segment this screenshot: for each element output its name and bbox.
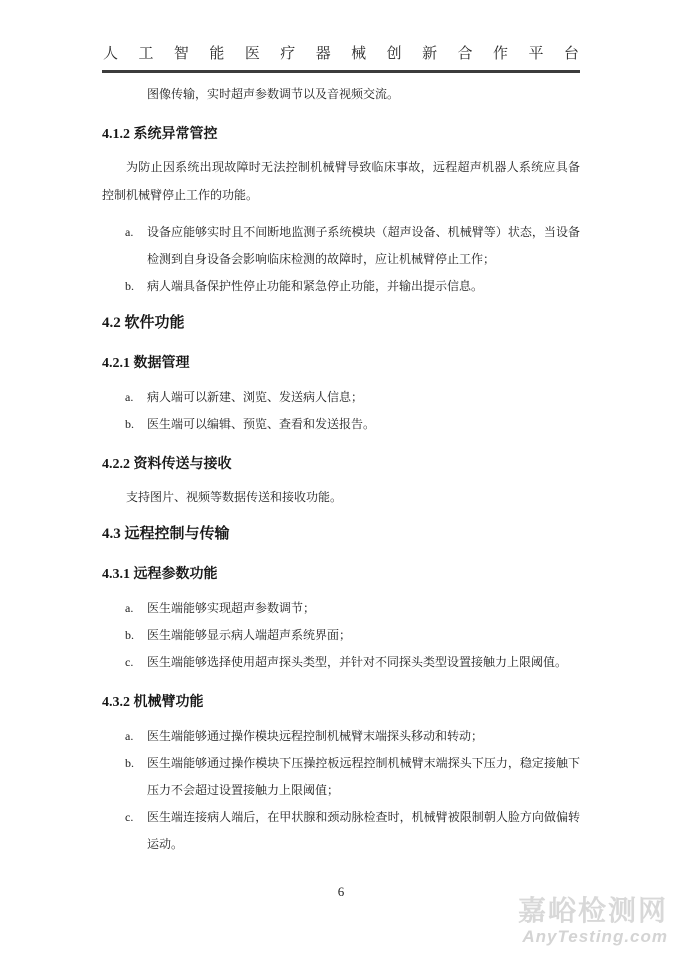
- subsection-heading: 4.3.1 远程参数功能: [102, 565, 580, 585]
- section-heading: 4.2 软件功能: [102, 313, 580, 333]
- list-item: c.医生端连接病人端后，在甲状腺和颈动脉检查时，机械臂被限制朝人脸方向做偏转运动…: [102, 804, 580, 858]
- header-char: 新: [422, 42, 437, 63]
- paragraph: 为防止因系统出现故障时无法控制机械臂导致临床事故，远程超声机器人系统应具备控制机…: [102, 153, 580, 209]
- list-item: b.医生端能够通过操作模块下压操控板远程控制机械臂末端探头下压力，稳定接触下压力…: [102, 750, 580, 804]
- list-item: b.医生端可以编辑、预览、查看和发送报告。: [102, 411, 580, 438]
- header-char: 医: [245, 42, 260, 63]
- header-char: 作: [493, 42, 508, 63]
- list-item-text: 医生端能够实现超声参数调节；: [147, 595, 580, 622]
- list-item: b.病人端具备保护性停止功能和紧急停止功能，并输出提示信息。: [102, 273, 580, 300]
- list-item-marker: a.: [125, 595, 147, 622]
- page-number: 6: [102, 884, 580, 900]
- list-item-text: 医生端能够通过操作模块下压操控板远程控制机械臂末端探头下压力，稳定接触下压力不会…: [147, 750, 580, 804]
- section-heading: 4.3 远程控制与传输: [102, 524, 580, 544]
- document-header-title: 人工智能医疗器械创新合作平台: [102, 42, 580, 73]
- header-char: 创: [387, 42, 402, 63]
- list-item-marker: b.: [125, 273, 147, 300]
- list-item-marker: b.: [125, 750, 147, 804]
- header-char: 器: [316, 42, 331, 63]
- header-char: 工: [138, 42, 153, 63]
- list-item-text: 医生端能够选择使用超声探头类型，并针对不同探头类型设置接触力上限阈值。: [147, 649, 580, 676]
- list-item: a.设备应能够实时且不间断地监测子系统模块（超声设备、机械臂等）状态，当设备检测…: [102, 219, 580, 273]
- header-char: 能: [209, 42, 224, 63]
- subsection-heading: 4.2.2 资料传送与接收: [102, 455, 580, 475]
- header-char: 疗: [280, 42, 295, 63]
- list-item: a.医生端能够实现超声参数调节；: [102, 595, 580, 622]
- header-char: 合: [458, 42, 473, 63]
- watermark-site-url: AnyTesting.com: [518, 928, 668, 945]
- document-content: 人工智能医疗器械创新合作平台 图像传输，实时超声参数调节以及音视频交流。4.1.…: [102, 42, 580, 858]
- header-char: 平: [528, 42, 543, 63]
- header-char: 智: [174, 42, 189, 63]
- subsection-heading: 4.2.1 数据管理: [102, 354, 580, 374]
- list-item-marker: c.: [125, 649, 147, 676]
- header-char: 械: [351, 42, 366, 63]
- list-item-marker: b.: [125, 411, 147, 438]
- list-item-text: 设备应能够实时且不间断地监测子系统模块（超声设备、机械臂等）状态，当设备检测到自…: [147, 219, 580, 273]
- watermark: 嘉峪检测网 AnyTesting.com: [518, 897, 668, 945]
- list-item: a.医生端能够通过操作模块远程控制机械臂末端探头移动和转动；: [102, 723, 580, 750]
- list-item-text: 病人端具备保护性停止功能和紧急停止功能，并输出提示信息。: [147, 273, 580, 300]
- list-item-text: 医生端连接病人端后，在甲状腺和颈动脉检查时，机械臂被限制朝人脸方向做偏转运动。: [147, 804, 580, 858]
- document-body: 图像传输，实时超声参数调节以及音视频交流。4.1.2 系统异常管控为防止因系统出…: [102, 81, 580, 858]
- list-item-marker: a.: [125, 384, 147, 411]
- list-item-marker: b.: [125, 622, 147, 649]
- subsection-heading: 4.1.2 系统异常管控: [102, 125, 580, 145]
- list-item: b.医生端能够显示病人端超声系统界面；: [102, 622, 580, 649]
- list-item-text: 病人端可以新建、浏览、发送病人信息；: [147, 384, 580, 411]
- list-item-text: 医生端能够通过操作模块远程控制机械臂末端探头移动和转动；: [147, 723, 580, 750]
- list-item-marker: a.: [125, 219, 147, 273]
- paragraph: 支持图片、视频等数据传送和接收功能。: [102, 483, 580, 511]
- list-item: a.病人端可以新建、浏览、发送病人信息；: [102, 384, 580, 411]
- list-item-text: 医生端能够显示病人端超声系统界面；: [147, 622, 580, 649]
- document-page: 人工智能医疗器械创新合作平台 图像传输，实时超声参数调节以及音视频交流。4.1.…: [0, 0, 680, 961]
- header-char: 人: [103, 42, 118, 63]
- subsection-heading: 4.3.2 机械臂功能: [102, 693, 580, 713]
- watermark-chinese-text: 嘉峪检测网: [518, 897, 668, 925]
- list-item-marker: c.: [125, 804, 147, 858]
- list-item: c.医生端能够选择使用超声探头类型，并针对不同探头类型设置接触力上限阈值。: [102, 649, 580, 676]
- list-item-marker: a.: [125, 723, 147, 750]
- header-char: 台: [564, 42, 579, 63]
- paragraph: 图像传输，实时超声参数调节以及音视频交流。: [102, 81, 580, 108]
- list-item-text: 医生端可以编辑、预览、查看和发送报告。: [147, 411, 580, 438]
